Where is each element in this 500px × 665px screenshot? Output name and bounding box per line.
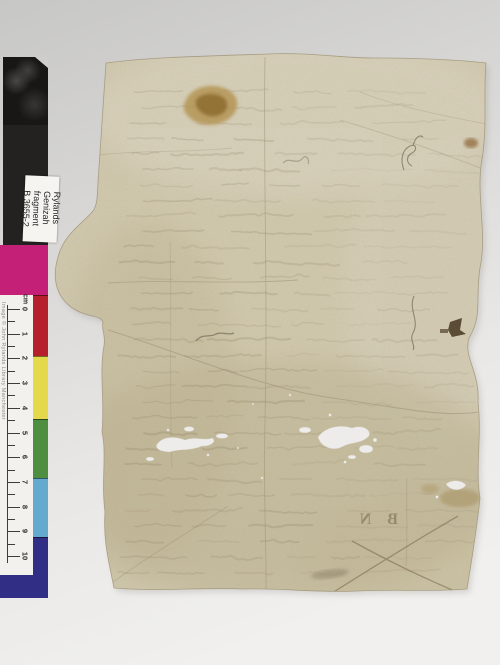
ruler-unit-label: cm bbox=[22, 294, 29, 304]
ruler-number: 5 bbox=[21, 430, 30, 434]
ruler-tick-major bbox=[7, 408, 20, 409]
ruler-tick-minor bbox=[7, 395, 15, 396]
ruler-number: 3 bbox=[21, 381, 30, 385]
ruler-tick-major bbox=[7, 383, 20, 384]
ruler-tick-minor bbox=[7, 420, 15, 421]
ruler-number: 1 bbox=[21, 332, 30, 336]
ruler-tick-major bbox=[7, 556, 20, 557]
ruler-number: 10 bbox=[21, 552, 30, 560]
ruler-tick-minor bbox=[7, 494, 15, 495]
ruler-number: 8 bbox=[21, 505, 30, 509]
ruler-tick-minor bbox=[7, 346, 15, 347]
label-line-4: B 3655-2 bbox=[20, 190, 32, 227]
ruler-number: 9 bbox=[21, 529, 30, 533]
show-through-letters: B N bbox=[354, 511, 398, 528]
ruler-number: 7 bbox=[21, 480, 30, 484]
ruler-tick-major bbox=[7, 358, 20, 359]
specimen-label: Rylands Genizah fragment B 3655-2 bbox=[23, 175, 60, 242]
ruler-tick-major bbox=[7, 433, 20, 434]
manuscript-fragment: B N bbox=[0, 0, 500, 665]
ruler-tick-major bbox=[7, 309, 20, 310]
label-line-1: Rylands bbox=[50, 191, 62, 228]
ruler-tick-minor bbox=[7, 371, 15, 372]
ruler-number: 2 bbox=[21, 356, 30, 360]
credit-line: Image © John Rylands Library Manchester bbox=[0, 302, 6, 420]
ruler-tick-major bbox=[7, 507, 20, 508]
label-line-2: Genizah bbox=[40, 191, 52, 228]
ruler-tick-minor bbox=[7, 544, 15, 545]
digitized-fragment-photo: Rylands Genizah fragment B 3655-2 012345… bbox=[0, 0, 500, 665]
ruler-tick-minor bbox=[7, 445, 15, 446]
ruler-number: 4 bbox=[21, 406, 30, 410]
ruler-tick-minor bbox=[7, 321, 15, 322]
ruler-baseline bbox=[7, 305, 8, 563]
ruler-tick-major bbox=[7, 531, 20, 532]
label-line-3: fragment bbox=[30, 190, 42, 227]
ruler-number: 0 bbox=[21, 307, 30, 311]
ruler-tick-major bbox=[7, 334, 20, 335]
specimen-label-text: Rylands Genizah fragment B 3655-2 bbox=[20, 190, 62, 228]
ruler-number: 6 bbox=[21, 455, 30, 459]
ruler-tick-minor bbox=[7, 470, 15, 471]
ruler-tick-minor bbox=[7, 519, 15, 520]
ruler-tick-major bbox=[7, 457, 20, 458]
ruler-tick-major bbox=[7, 482, 20, 483]
